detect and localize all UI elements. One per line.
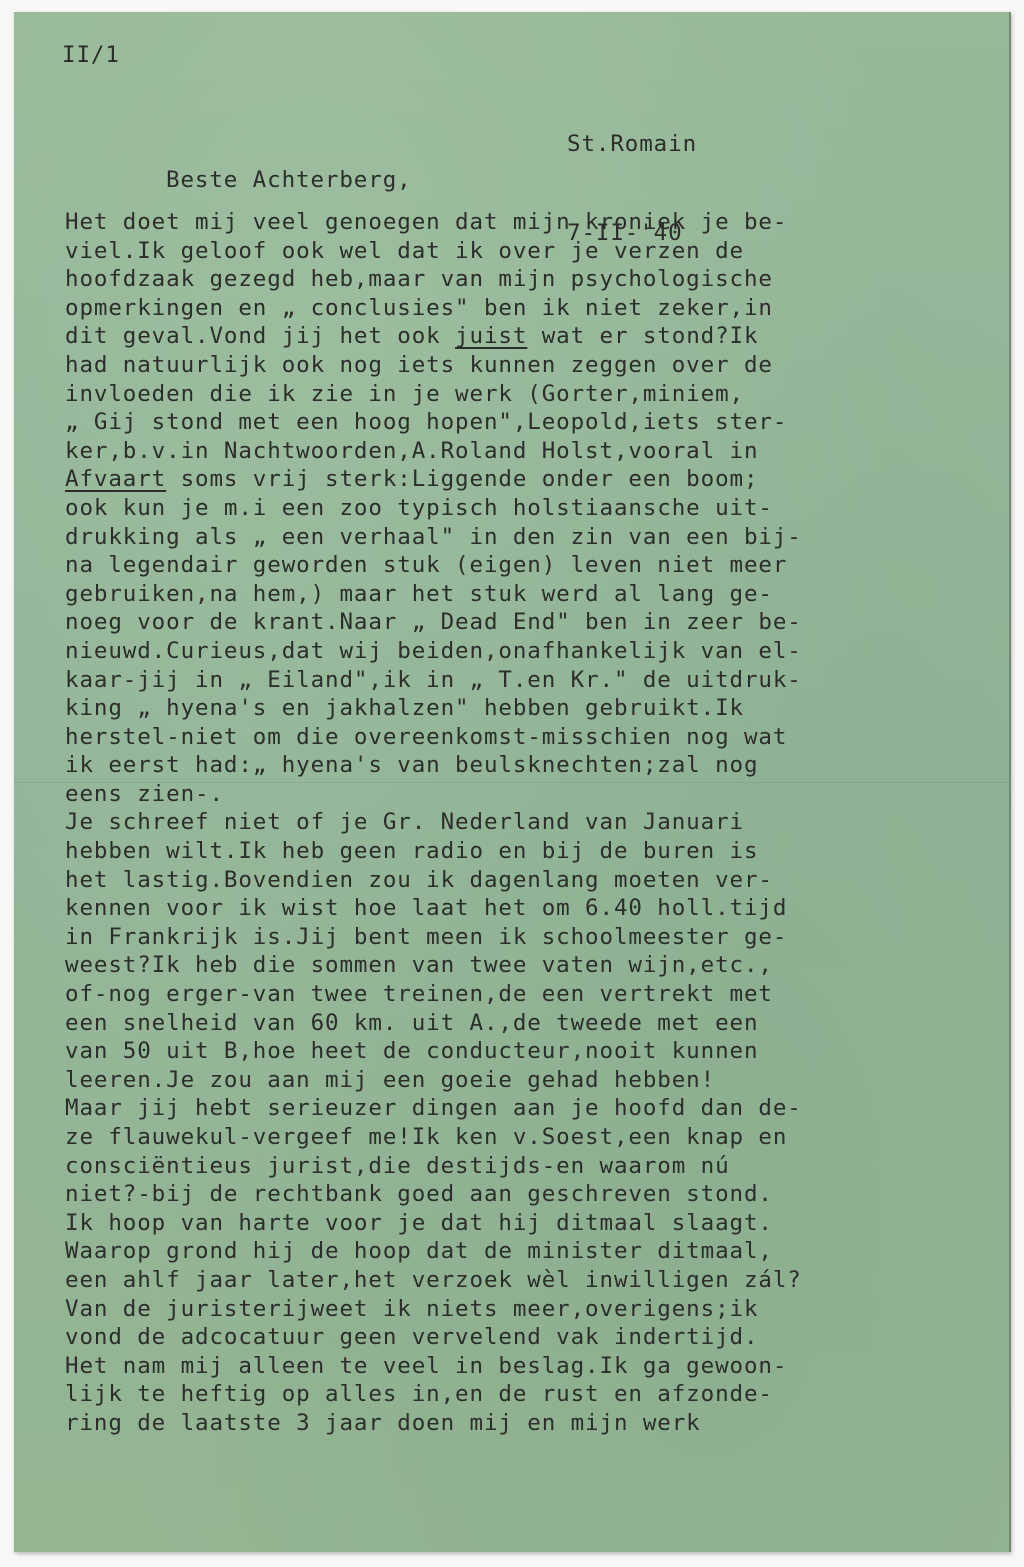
text-segment: ker,b.v.in Nachtwoorden,A.Roland Holst,v… [65,438,758,464]
text-line: hebben wilt.Ik heb geen radio en bij de … [65,837,802,866]
text-segment: viel.Ik geloof ook wel dat ik over je ve… [65,238,744,264]
text-line: opmerkingen en „ conclusies" ben ik niet… [65,294,802,323]
text-line: niet?-bij de rechtbank goed aan geschrev… [65,1180,802,1209]
text-segment: „ Gij stond met een hoog hopen",Leopold,… [65,409,787,435]
text-segment: kennen voor ik wist hoe laat het om 6.40… [65,895,787,921]
text-segment: drukking als „ een verhaal" in den zin v… [65,524,802,550]
underlined-word: Afvaart [65,466,166,492]
text-segment: een ahlf jaar later,het verzoek wèl inwi… [65,1267,802,1293]
text-line: invloeden die ik zie in je werk (Gorter,… [65,380,802,409]
text-segment: king „ hyena's en jakhalzen" hebben gebr… [65,695,744,721]
text-line: consciëntieus jurist,die destijds-en waa… [65,1152,802,1181]
text-line: king „ hyena's en jakhalzen" hebben gebr… [65,694,802,723]
text-segment: soms vrij sterk:Liggende onder een boom; [166,466,758,492]
text-line: drukking als „ een verhaal" in den zin v… [65,523,802,552]
text-line: „ Gij stond met een hoog hopen",Leopold,… [65,408,802,437]
text-segment: Maar jij hebt serieuzer dingen aan je ho… [65,1095,802,1121]
place-of-writing: St.Romain [567,129,697,158]
text-segment: Waarop grond hij de hoop dat de minister… [65,1238,773,1264]
text-segment: vond de adcocatuur geen vervelend vak in… [65,1324,758,1350]
text-line: ook kun je m.i een zoo typisch holstiaan… [65,494,802,523]
text-line: noeg voor de krant.Naar „ Dead End" ben … [65,608,802,637]
text-segment: herstel-niet om die overeenkomst-misschi… [65,724,787,750]
text-line: nieuwd.Curieus,dat wij beiden,onafhankel… [65,637,802,666]
text-segment: het lastig.Bovendien zou ik dagenlang mo… [65,867,773,893]
text-segment: kaar-jij in „ Eiland",ik in „ T.en Kr." … [65,667,802,693]
text-segment: of-nog erger-van twee treinen,de een ver… [65,981,773,1007]
text-segment: dit geval.Vond jij het ook [65,323,455,349]
text-line: Je schreef niet of je Gr. Nederland van … [65,808,802,837]
text-line: Maar jij hebt serieuzer dingen aan je ho… [65,1094,802,1123]
text-line: had natuurlijk ook nog iets kunnen zegge… [65,351,802,380]
text-line: Afvaart soms vrij sterk:Liggende onder e… [65,465,802,494]
text-segment: ook kun je m.i een zoo typisch holstiaan… [65,495,773,521]
text-line: viel.Ik geloof ook wel dat ik over je ve… [65,237,802,266]
text-segment: gebruiken,na hem,) maar het stuk werd al… [65,581,773,607]
text-segment: niet?-bij de rechtbank goed aan geschrev… [65,1181,773,1207]
text-segment: invloeden die ik zie in je werk (Gorter,… [65,381,744,407]
letter-body: Het doet mij veel genoegen dat mijn kron… [65,208,802,1438]
text-segment: Het nam mij alleen te veel in beslag.Ik … [65,1353,787,1379]
text-line: Waarop grond hij de hoop dat de minister… [65,1237,802,1266]
text-line: kennen voor ik wist hoe laat het om 6.40… [65,894,802,923]
text-line: kaar-jij in „ Eiland",ik in „ T.en Kr." … [65,666,802,695]
underlined-word: juist [455,323,527,349]
text-segment: opmerkingen en „ conclusies" ben ik niet… [65,295,773,321]
text-segment: had natuurlijk ook nog iets kunnen zegge… [65,352,773,378]
text-line: of-nog erger-van twee treinen,de een ver… [65,980,802,1009]
text-line: ker,b.v.in Nachtwoorden,A.Roland Holst,v… [65,437,802,466]
text-line: Van de juristerijweet ik niets meer,over… [65,1295,802,1324]
text-segment: hoofdzaak gezegd heb,maar van mijn psych… [65,266,773,292]
text-segment: Van de juristerijweet ik niets meer,over… [65,1296,758,1322]
text-segment: van 50 uit B,hoe heet de conducteur,nooi… [65,1038,758,1064]
text-line: Ik hoop van harte voor je dat hij ditmaa… [65,1209,802,1238]
text-line: gebruiken,na hem,) maar het stuk werd al… [65,580,802,609]
text-line: na legendair geworden stuk (eigen) leven… [65,551,802,580]
text-segment: noeg voor de krant.Naar „ Dead End" ben … [65,609,802,635]
text-segment: ring de laatste 3 jaar doen mij en mijn … [65,1410,701,1436]
text-line: van 50 uit B,hoe heet de conducteur,nooi… [65,1037,802,1066]
folio-number: II/1 [62,42,120,68]
text-segment: nieuwd.Curieus,dat wij beiden,onafhankel… [65,638,802,664]
text-segment: leeren.Je zou aan mij een goeie gehad he… [65,1067,715,1093]
text-line: Het nam mij alleen te veel in beslag.Ik … [65,1352,802,1381]
text-line: dit geval.Vond jij het ook juist wat er … [65,322,802,351]
text-segment: wat er stond?Ik [527,323,758,349]
text-line: lijk te heftig op alles in,en de rust en… [65,1380,802,1409]
text-line: ze flauwekul-vergeef me!Ik ken v.Soest,e… [65,1123,802,1152]
text-segment: na legendair geworden stuk (eigen) leven… [65,552,787,578]
text-line: een ahlf jaar later,het verzoek wèl inwi… [65,1266,802,1295]
text-line: eens zien-. [65,780,802,809]
text-line: Het doet mij veel genoegen dat mijn kron… [65,208,802,237]
text-line: hoofdzaak gezegd heb,maar van mijn psych… [65,265,802,294]
text-segment: een snelheid van 60 km. uit A.,de tweede… [65,1010,758,1036]
text-segment: Je schreef niet of je Gr. Nederland van … [65,809,744,835]
text-segment: in Frankrijk is.Jij bent meen ik schoolm… [65,924,787,950]
text-segment: Ik hoop van harte voor je dat hij ditmaa… [65,1210,773,1236]
text-line: herstel-niet om die overeenkomst-misschi… [65,723,802,752]
text-line: ring de laatste 3 jaar doen mij en mijn … [65,1409,802,1438]
text-segment: consciëntieus jurist,die destijds-en waa… [65,1153,730,1179]
text-segment: hebben wilt.Ik heb geen radio en bij de … [65,838,758,864]
text-line: leeren.Je zou aan mij een goeie gehad he… [65,1066,802,1095]
text-line: vond de adcocatuur geen vervelend vak in… [65,1323,802,1352]
text-segment: ze flauwekul-vergeef me!Ik ken v.Soest,e… [65,1124,787,1150]
text-segment: Het doet mij veel genoegen dat mijn kron… [65,209,787,235]
text-line: ik eerst had:„ hyena's van beulsknechten… [65,751,802,780]
text-segment: lijk te heftig op alles in,en de rust en… [65,1381,773,1407]
text-segment: eens zien-. [65,781,224,807]
text-segment: ik eerst had:„ hyena's van beulsknechten… [65,752,758,778]
text-line: een snelheid van 60 km. uit A.,de tweede… [65,1009,802,1038]
text-line: in Frankrijk is.Jij bent meen ik schoolm… [65,923,802,952]
text-segment: weest?Ik heb die sommen van twee vaten w… [65,952,773,978]
salutation: Beste Achterberg, [166,167,412,193]
text-line: weest?Ik heb die sommen van twee vaten w… [65,951,802,980]
text-line: het lastig.Bovendien zou ik dagenlang mo… [65,866,802,895]
letter-page: II/1 St.Romain 7-II-'40 Beste Achterberg… [14,12,1011,1552]
